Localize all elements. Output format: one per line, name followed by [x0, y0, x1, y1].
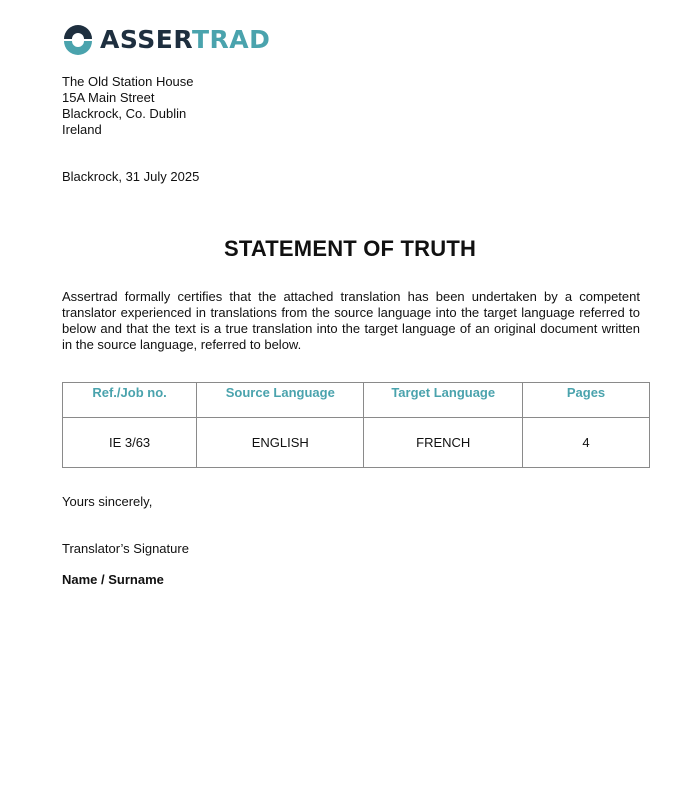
cell-pages: 4 [523, 418, 650, 468]
header-ref-job-no: Ref./Job no. [63, 383, 197, 418]
document-title: STATEMENT OF TRUTH [0, 236, 700, 262]
table-header-row: Ref./Job no. Source Language Target Lang… [63, 383, 650, 418]
address-line: Ireland [62, 122, 194, 138]
header-target-language: Target Language [364, 383, 523, 418]
assertrad-ring-logo-icon [62, 24, 94, 56]
cell-target-language: FRENCH [364, 418, 523, 468]
signature-label: Translator’s Signature [62, 541, 189, 556]
logo-wordmark: ASSERTRAD [100, 24, 270, 56]
cell-source-language: ENGLISH [197, 418, 364, 468]
logo-text-dark: ASSER [100, 25, 192, 54]
cell-ref-job-no: IE 3/63 [63, 418, 197, 468]
certification-paragraph: Assertrad formally certifies that the at… [62, 289, 640, 353]
closing-line: Yours sincerely, [62, 494, 152, 509]
name-surname-label: Name / Surname [62, 572, 164, 587]
sender-address: The Old Station House 15A Main Street Bl… [62, 74, 194, 138]
header-source-language: Source Language [197, 383, 364, 418]
logo-text-teal: TRAD [192, 25, 270, 54]
address-line: 15A Main Street [62, 90, 194, 106]
translation-info-table: Ref./Job no. Source Language Target Lang… [62, 382, 650, 468]
table-row: IE 3/63 ENGLISH FRENCH 4 [63, 418, 650, 468]
address-line: The Old Station House [62, 74, 194, 90]
header-pages: Pages [523, 383, 650, 418]
company-logo: ASSERTRAD [62, 24, 270, 56]
address-line: Blackrock, Co. Dublin [62, 106, 194, 122]
date-line: Blackrock, 31 July 2025 [62, 169, 199, 185]
